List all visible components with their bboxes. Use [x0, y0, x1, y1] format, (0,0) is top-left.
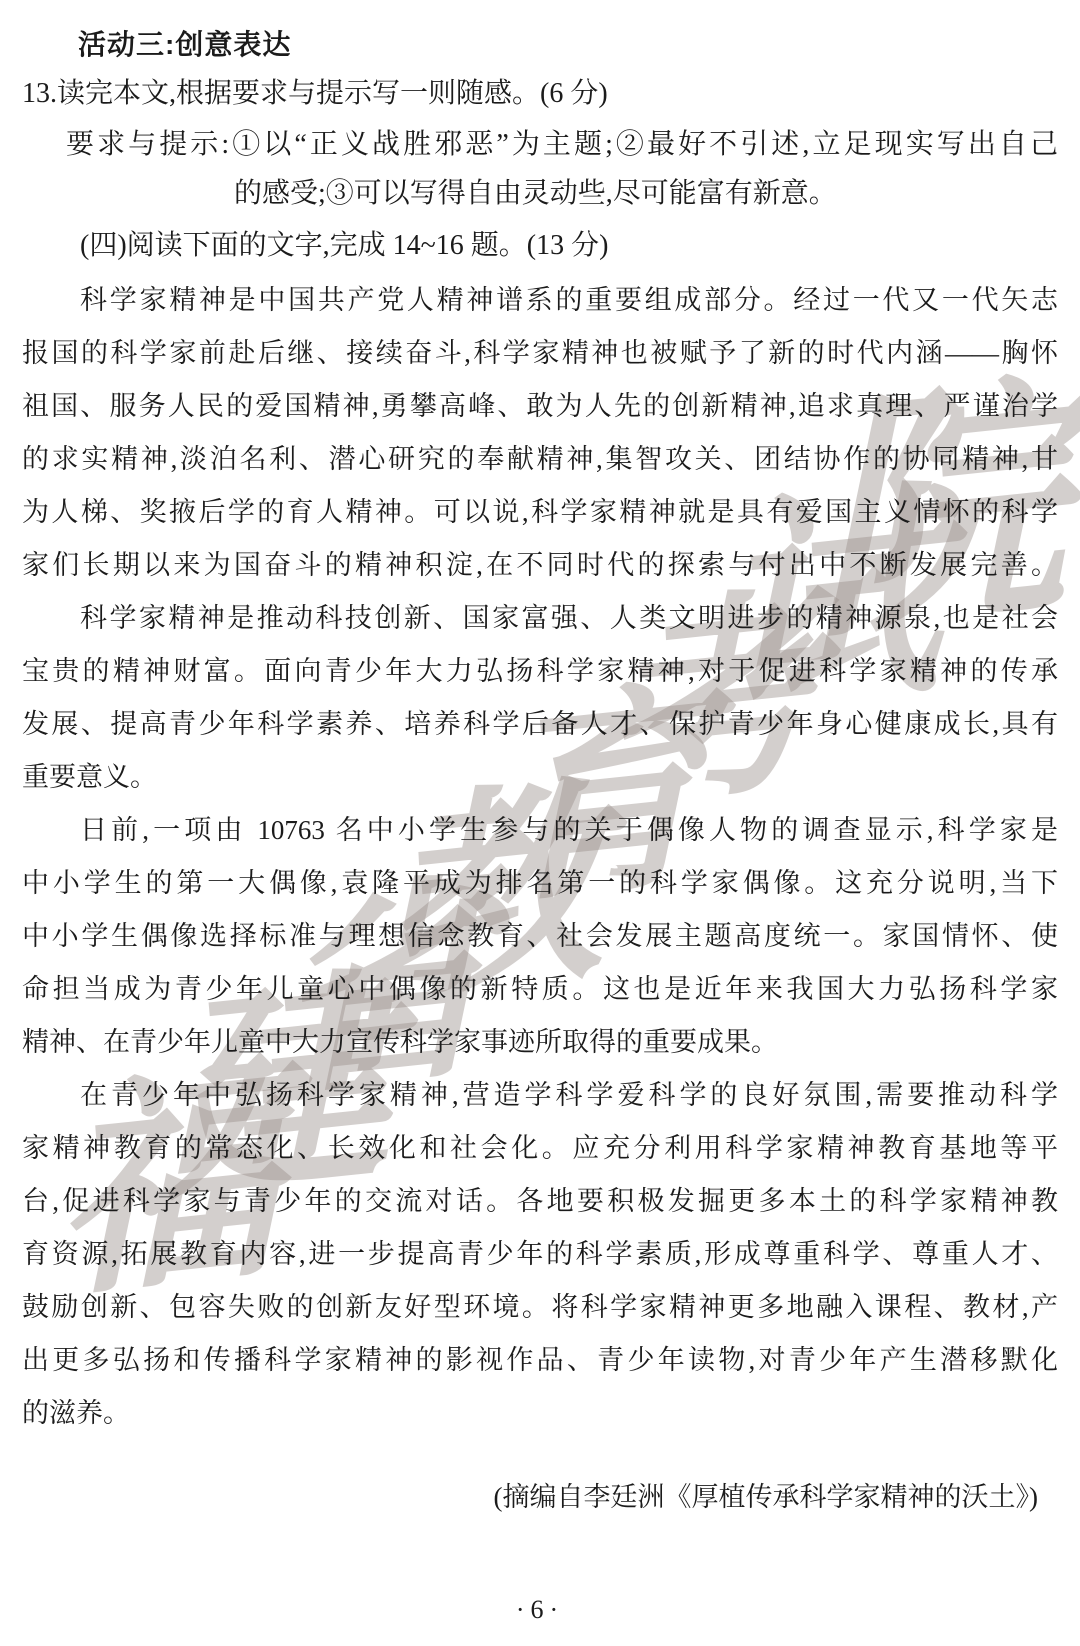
passage-line: 重要意义。 [22, 751, 1058, 804]
passage-line: 发展、提高青少年科学素养、培养科学后备人才、保护青少年身心健康成长,具有 [22, 698, 1058, 751]
page-content: 活动三:创意表达 13.读完本文,根据要求与提示写一则随感。(6 分) 要求与提… [0, 0, 1080, 1646]
requirements-line-1: 要求与提示:①以“正义战胜邪恶”为主题;②最好不引述,立足现实写出自己 [22, 120, 1058, 170]
passage-line: 宝贵的精神财富。面向青少年大力弘扬科学家精神,对于促进科学家精神的传承 [22, 645, 1058, 698]
passage-line: 精神、在青少年儿童中大力宣传科学家事迹所取得的重要成果。 [22, 1016, 1058, 1069]
passage-line: 报国的科学家前赴后继、接续奋斗,科学家精神也被赋予了新的时代内涵——胸怀 [22, 327, 1058, 380]
section-four-heading: (四)阅读下面的文字,完成 14~16 题。(13 分) [22, 218, 1058, 274]
passage-line: 台,促进科学家与青少年的交流对话。各地要积极发掘更多本土的科学家精神教 [22, 1175, 1058, 1228]
passage-line: 的求实精神,淡泊名利、潜心研究的奉献精神,集智攻关、团结协作的协同精神,甘 [22, 433, 1058, 486]
reading-passage: 科学家精神是中国共产党人精神谱系的重要组成部分。经过一代又一代矢志报国的科学家前… [22, 274, 1058, 1440]
passage-line: 在青少年中弘扬科学家精神,营造学科学爱科学的良好氛围,需要推动科学 [22, 1069, 1058, 1122]
passage-line: 鼓励创新、包容失败的创新友好型环境。将科学家精神更多地融入课程、教材,产 [22, 1281, 1058, 1334]
passage-line: 日前,一项由 10763 名中小学生参与的关于偶像人物的调查显示,科学家是 [22, 804, 1058, 857]
passage-line: 出更多弘扬和传播科学家精神的影视作品、青少年读物,对青少年产生潜移默化 [22, 1334, 1058, 1387]
question-13: 13.读完本文,根据要求与提示写一则随感。(6 分) [22, 68, 1058, 120]
passage-attribution: (摘编自李廷洲《厚植传承科学家精神的沃土》) [22, 1472, 1058, 1522]
passage-line: 命担当成为青少年儿童心中偶像的新特质。这也是近年来我国大力弘扬科学家 [22, 963, 1058, 1016]
passage-line: 中小学生的第一大偶像,袁隆平成为排名第一的科学家偶像。这充分说明,当下 [22, 857, 1058, 910]
passage-line: 祖国、服务人民的爱国精神,勇攀高峰、敢为人先的创新精神,追求真理、严谨治学 [22, 380, 1058, 433]
page-number: ·6· [0, 1592, 1080, 1628]
passage-line: 科学家精神是推动科技创新、国家富强、人类文明进步的精神源泉,也是社会 [22, 592, 1058, 645]
passage-line: 科学家精神是中国共产党人精神谱系的重要组成部分。经过一代又一代矢志 [22, 274, 1058, 327]
passage-line: 为人梯、奖掖后学的育人精神。可以说,科学家精神就是具有爱国主义情怀的科学 [22, 486, 1058, 539]
requirements-line-2: 的感受;③可以写得自由灵动些,尽可能富有新意。 [22, 170, 1058, 218]
passage-line: 中小学生偶像选择标准与理想信念教育、社会发展主题高度统一。家国情怀、使 [22, 910, 1058, 963]
passage-line: 家精神教育的常态化、长效化和社会化。应充分利用科学家精神教育基地等平 [22, 1122, 1058, 1175]
passage-line: 家们长期以来为国奋斗的精神积淀,在不同时代的探索与付出中不断发展完善。 [22, 539, 1058, 592]
exam-page: 福建省教育考试院 活动三:创意表达 13.读完本文,根据要求与提示写一则随感。(… [0, 0, 1080, 1646]
passage-line: 育资源,拓展教育内容,进一步提高青少年的科学素质,形成尊重科学、尊重人才、 [22, 1228, 1058, 1281]
activity-heading: 活动三:创意表达 [22, 22, 1058, 68]
passage-line: 的滋养。 [22, 1387, 1058, 1440]
